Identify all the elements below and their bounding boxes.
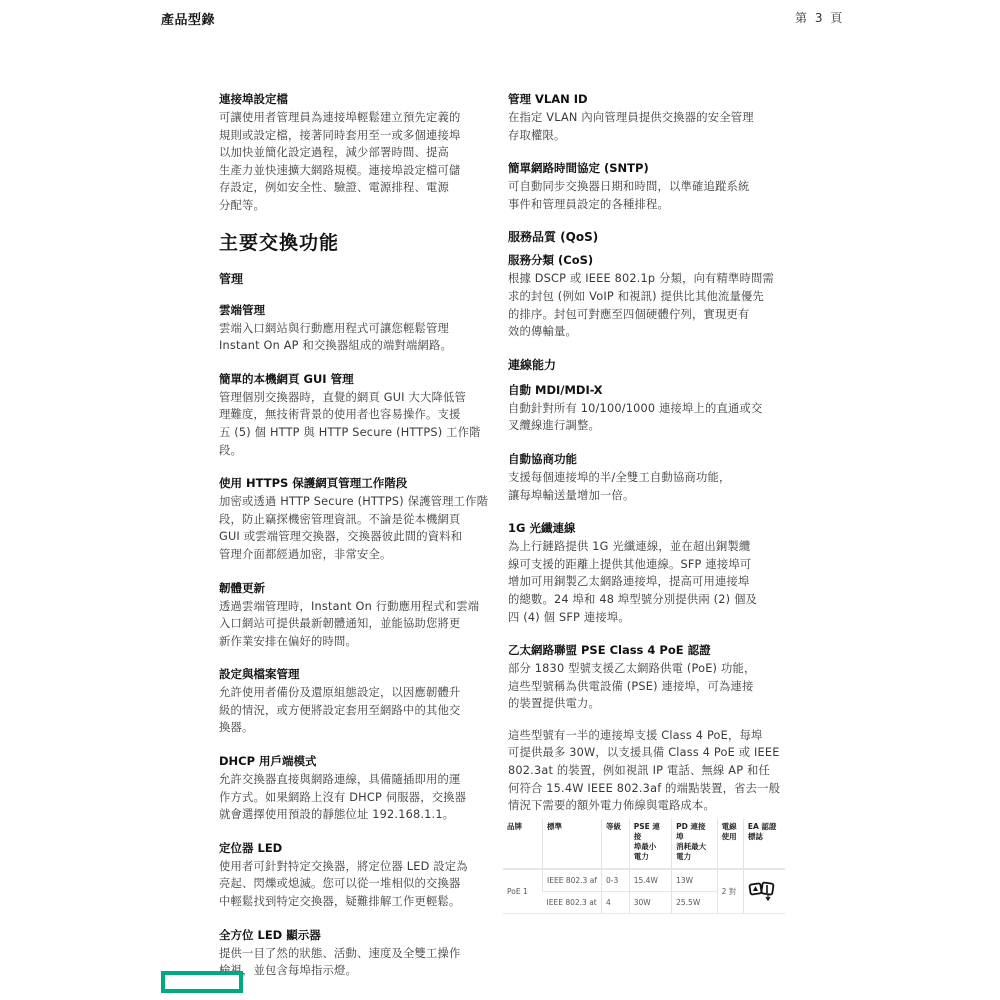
ea-certified-logo-icon [748, 880, 778, 900]
column-header: PD 連接埠 消耗最大 電力 [672, 819, 717, 869]
section-port-profile: 連接埠設定檔 可讓使用者管理員為連接埠輕鬆建立預先定義的 規則或設定檔，接著同時… [219, 91, 499, 215]
section-body: 提供一目了然的狀態、活動、速度及全雙工操作 檢視，並包含每埠指示燈。 [219, 945, 499, 980]
section-local-gui: 簡單的本機網頁 GUI 管理 管理個別交換器時，直覺的網頁 GUI 大大降低管 … [219, 371, 499, 459]
section-sntp: 簡單網路時間協定 (SNTP) 可自動同步交換器日期和時間，以準確追蹤系統 事件… [508, 160, 788, 213]
section-title: 全方位 LED 顯示器 [219, 927, 499, 944]
section-title: 服務分類 (CoS) [508, 252, 788, 269]
section-auto-mdi: 自動 MDI/MDI-X 自動針對所有 10/100/1000 連接埠上的直通或… [508, 382, 788, 435]
section-body: 允許使用者備份及還原組態設定，以因應韌體升 級的情況，或方便將設定套用至網路中的… [219, 684, 499, 737]
section-body: 支援每個連接埠的半/全雙工自動協商功能， 讓每埠輸送量增加一倍。 [508, 469, 788, 504]
group-title-qos: 服務品質 (QoS) [508, 229, 788, 246]
pd-max-cell: 25.5W [672, 892, 717, 914]
pairs-cell: 2 對 [717, 869, 743, 914]
section-body: 為上行鏈路提供 1G 光纖連線，並在超出銅製纜 線可支援的距離上提供其他連線。S… [508, 538, 788, 626]
section-title: 簡單的本機網頁 GUI 管理 [219, 371, 499, 388]
section-body: 透過雲端管理時，Instant On 行動應用程式和雲端 入口網站可提供最新韌體… [219, 598, 499, 651]
hpe-logo-icon [161, 971, 243, 993]
column-header: EA 認證 標誌 [743, 819, 785, 869]
column-header: 等級 [601, 819, 629, 869]
section-title: 雲端管理 [219, 302, 499, 319]
section-body: 自動針對所有 10/100/1000 連接埠上的直通或交 叉纜線進行調整。 [508, 400, 788, 435]
section-body: 根據 DSCP 或 IEEE 802.1p 分類，向有精準時間需 求的封包 (例… [508, 270, 788, 340]
section-title: DHCP 用戶端模式 [219, 753, 499, 770]
section-fiber: 1G 光纖連線 為上行鏈路提供 1G 光纖連線，並在超出銅製纜 線可支援的距離上… [508, 520, 788, 626]
section-body: 在指定 VLAN 內向管理員提供交換器的安全管理 存取權限。 [508, 109, 788, 144]
poe-table: 品牌 標準 等級 PSE 連接 埠最小 電力 PD 連接埠 消耗最大 電力 電線… [503, 819, 785, 914]
ea-logo-cell [743, 869, 785, 914]
section-dhcp: DHCP 用戶端模式 允許交換器直接與網路連線，具備隨插即用的運 作方式。如果網… [219, 753, 499, 824]
section-title: 定位器 LED [219, 840, 499, 857]
section-body: 允許交換器直接與網路連線，具備隨插即用的運 作方式。如果網路上沒有 DHCP 伺… [219, 771, 499, 824]
group-title-connectivity: 連線能力 [508, 357, 788, 374]
catalog-title: 產品型錄 [161, 9, 215, 28]
section-cos: 服務分類 (CoS) 根據 DSCP 或 IEEE 802.1p 分類，向有精準… [508, 252, 788, 340]
section-cloud-management: 雲端管理 雲端入口網站與行動應用程式可讓您輕鬆管理 Instant On AP … [219, 302, 499, 355]
section-auto-negotiation: 自動協商功能 支援每個連接埠的半/全雙工自動協商功能， 讓每埠輸送量增加一倍。 [508, 451, 788, 504]
section-title: 簡單網路時間協定 (SNTP) [508, 160, 788, 177]
class-cell: 0-3 [601, 869, 629, 892]
class-cell: 4 [601, 892, 629, 914]
section-title: 自動協商功能 [508, 451, 788, 468]
right-column: 管理 VLAN ID 在指定 VLAN 內向管理員提供交換器的安全管理 存取權限… [508, 91, 788, 831]
section-body: 可自動同步交換器日期和時間，以準確追蹤系統 事件和管理員設定的各種排程。 [508, 178, 788, 213]
section-title: 設定與檔案管理 [219, 666, 499, 683]
section-body: 加密或透過 HTTP Secure (HTTPS) 保護管理工作階 段，防止竊探… [219, 493, 499, 563]
group-title-management: 管理 [219, 271, 499, 288]
section-led-display: 全方位 LED 顯示器 提供一目了然的狀態、活動、速度及全雙工操作 檢視，並包含… [219, 927, 499, 980]
section-poe: 乙太網路聯盟 PSE Class 4 PoE 認證 部分 1830 型號支援乙太… [508, 642, 788, 815]
section-title: 管理 VLAN ID [508, 91, 788, 108]
table-row: PoE 1 IEEE 802.3 af 0-3 15.4W 13W 2 對 [503, 869, 785, 892]
section-body: 雲端入口網站與行動應用程式可讓您輕鬆管理 Instant On AP 和交換器組… [219, 320, 499, 355]
column-header: 電線 使用 [717, 819, 743, 869]
column-header: PSE 連接 埠最小 電力 [629, 819, 671, 869]
pse-min-cell: 15.4W [629, 869, 671, 892]
column-header: 標準 [543, 819, 602, 869]
page-number: 第 3 頁 [795, 9, 844, 26]
section-locator-led: 定位器 LED 使用者可針對特定交換器，將定位器 LED 設定為 亮起、閃爍或熄… [219, 840, 499, 911]
section-title: 使用 HTTPS 保護網頁管理工作階段 [219, 475, 499, 492]
section-body: 部分 1830 型號支援乙太網路供電 (PoE) 功能， 這些型號稱為供電設備 … [508, 660, 788, 713]
section-title: 1G 光纖連線 [508, 520, 788, 537]
section-body: 管理個別交換器時，直覺的網頁 GUI 大大降低管 理難度，無技術背景的使用者也容… [219, 389, 499, 459]
section-mgmt-vlan: 管理 VLAN ID 在指定 VLAN 內向管理員提供交換器的安全管理 存取權限… [508, 91, 788, 144]
pd-max-cell: 13W [672, 869, 717, 892]
column-header: 品牌 [503, 819, 543, 869]
section-body: 使用者可針對特定交換器，將定位器 LED 設定為 亮起、閃爍或熄滅。您可以從一堆… [219, 858, 499, 911]
section-config-file: 設定與檔案管理 允許使用者備份及還原組態設定，以因應韌體升 級的情況，或方便將設… [219, 666, 499, 737]
section-title: 乙太網路聯盟 PSE Class 4 PoE 認證 [508, 642, 788, 659]
section-title: 連接埠設定檔 [219, 91, 499, 108]
section-https: 使用 HTTPS 保護網頁管理工作階段 加密或透過 HTTP Secure (H… [219, 475, 499, 563]
section-body: 可讓使用者管理員為連接埠輕鬆建立預先定義的 規則或設定檔，接著同時套用至一或多個… [219, 109, 499, 215]
brand-cell: PoE 1 [503, 869, 543, 914]
standard-cell: IEEE 802.3 af [543, 869, 602, 892]
section-title: 自動 MDI/MDI-X [508, 382, 788, 399]
table-header-row: 品牌 標準 等級 PSE 連接 埠最小 電力 PD 連接埠 消耗最大 電力 電線… [503, 819, 785, 869]
section-title: 韌體更新 [219, 580, 499, 597]
left-column: 連接埠設定檔 可讓使用者管理員為連接埠輕鬆建立預先定義的 規則或設定檔，接著同時… [219, 91, 499, 996]
section-body: 這些型號有一半的連接埠支援 Class 4 PoE，每埠 可提供最多 30W，以… [508, 727, 788, 815]
section-firmware: 韌體更新 透過雲端管理時，Instant On 行動應用程式和雲端 入口網站可提… [219, 580, 499, 651]
pse-min-cell: 30W [629, 892, 671, 914]
main-heading: 主要交換功能 [219, 231, 499, 255]
standard-cell: IEEE 802.3 at [543, 892, 602, 914]
